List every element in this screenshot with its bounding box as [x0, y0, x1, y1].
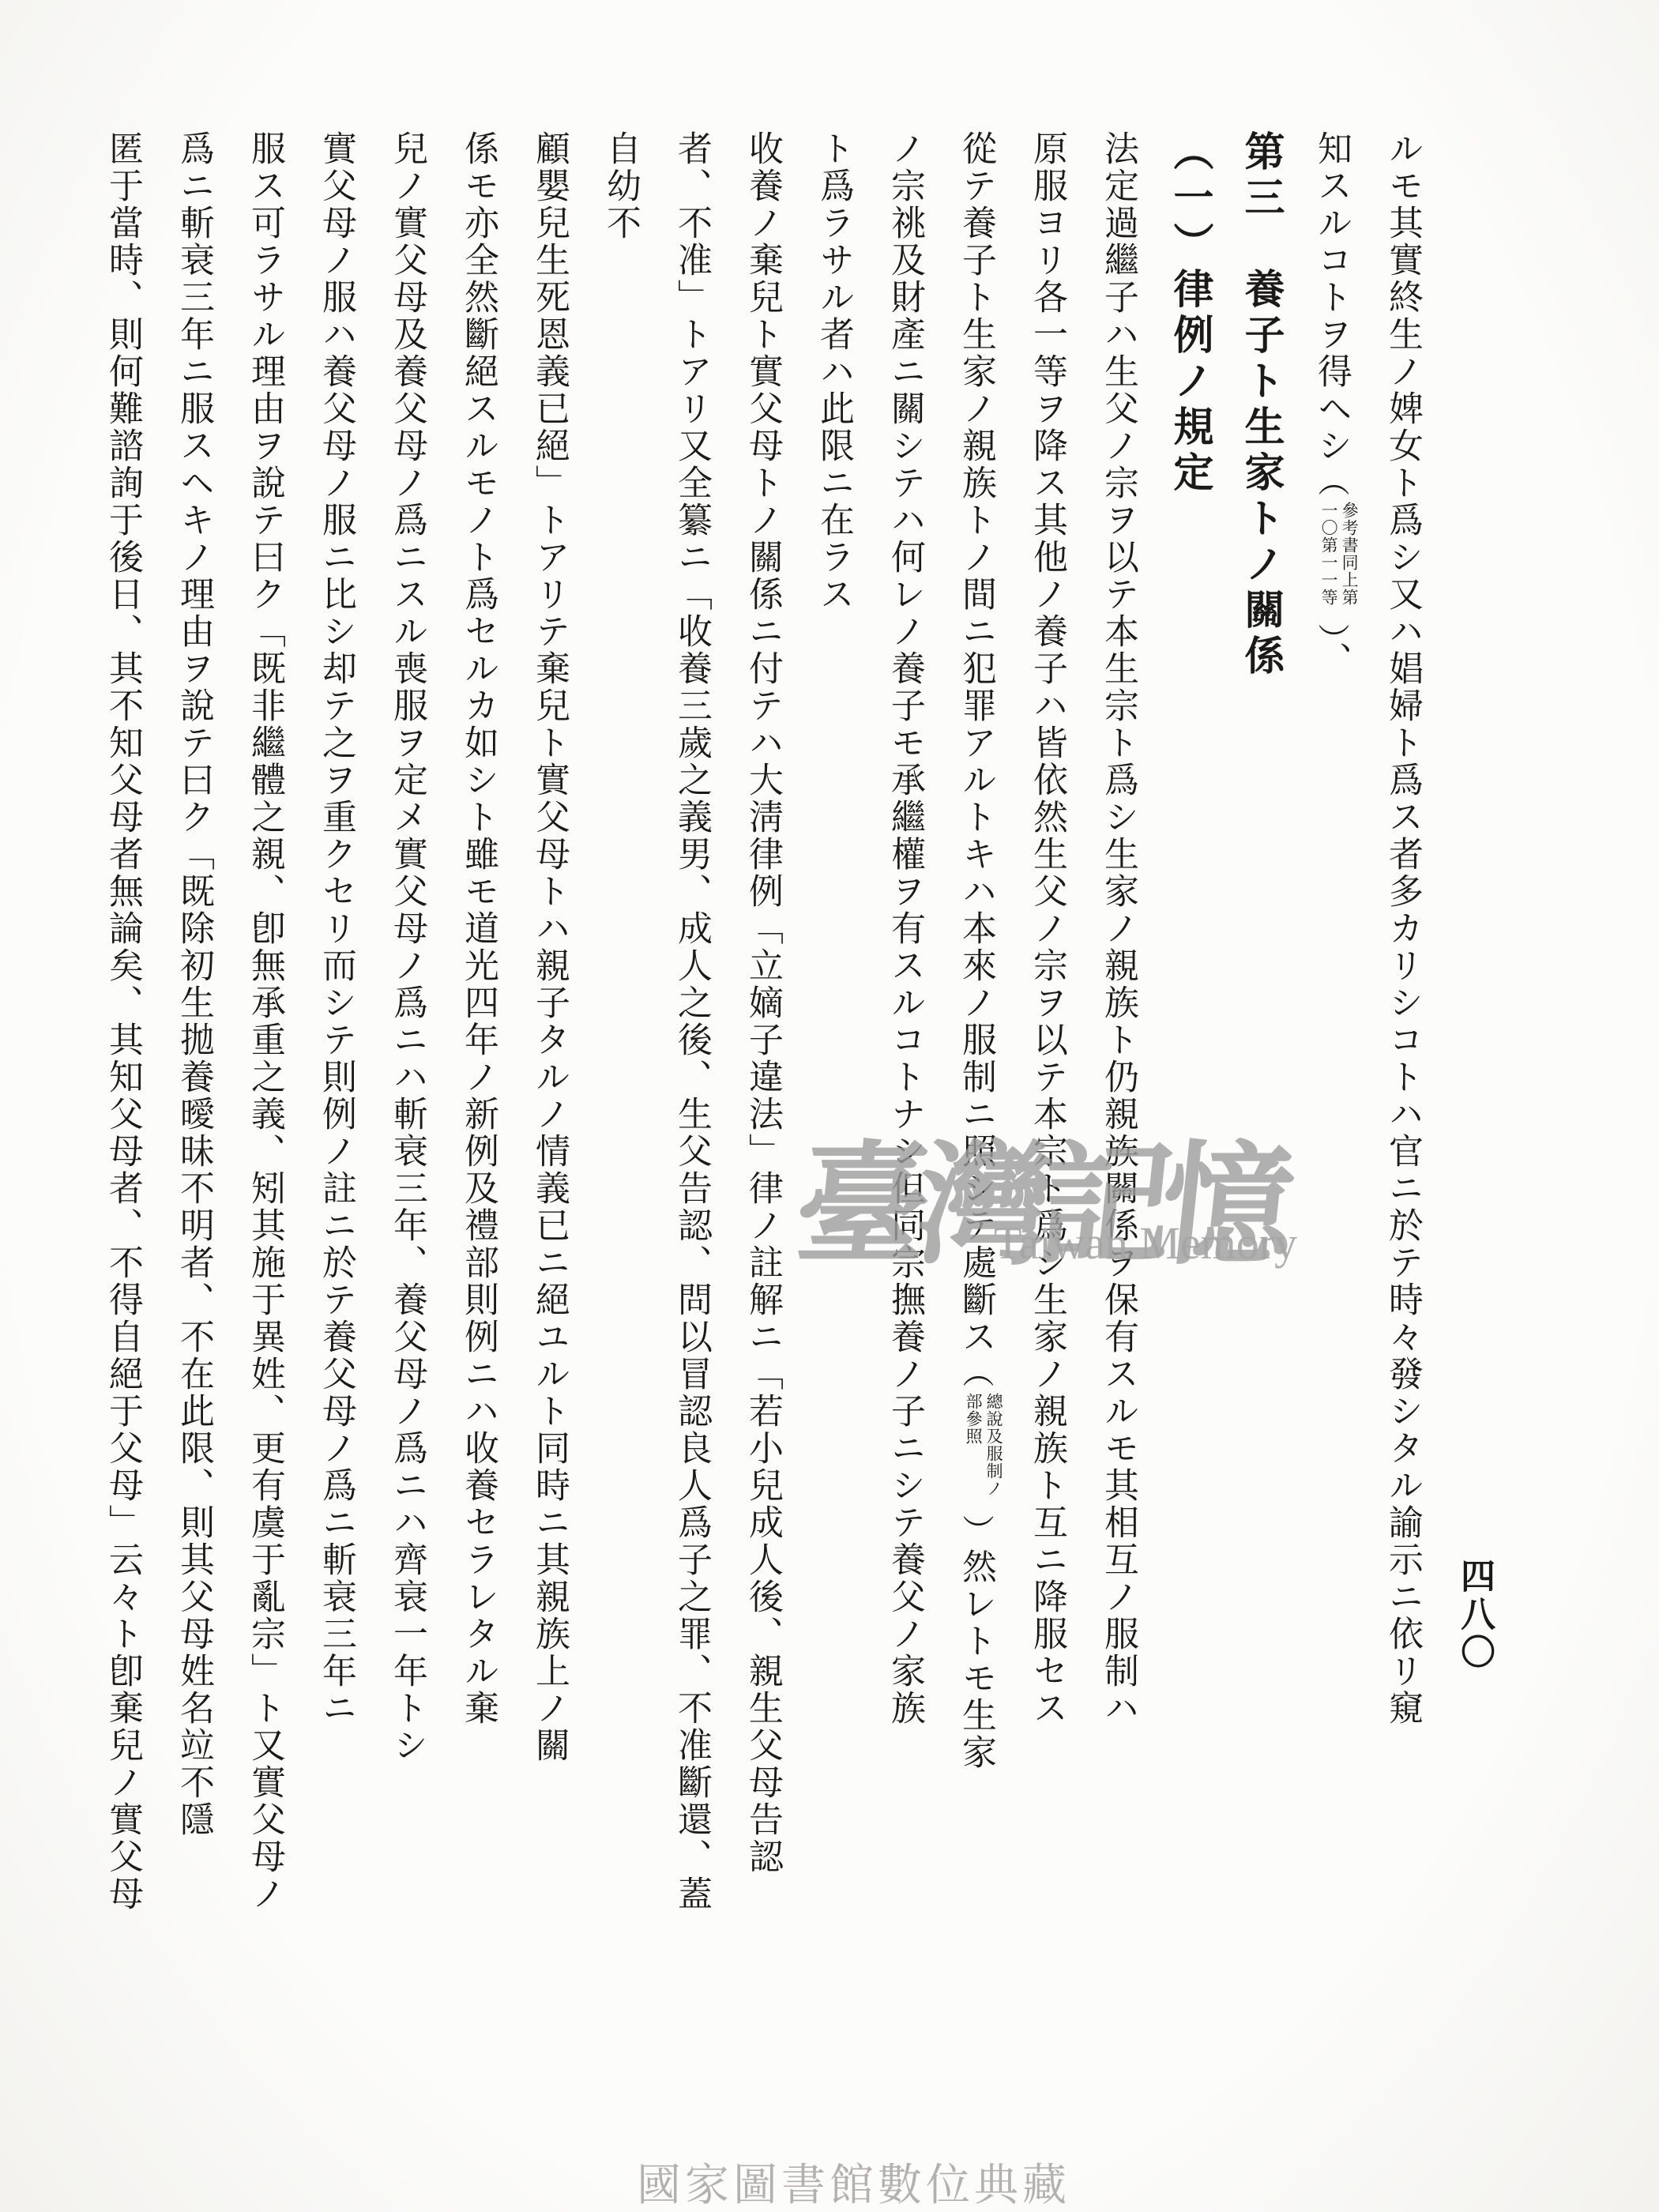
- column-text: 然レトモ生家: [957, 1548, 995, 1771]
- text-column-14: 兒ノ實父母及養父母ノ爲ニスル喪服ヲ定メ實父母ノ爲ニハ斬衰三年、養父母ノ爲ニハ齊衰…: [371, 130, 442, 1916]
- column-text: 第三 養子ト生家トノ關係: [1238, 130, 1282, 680]
- column-text: 、: [1312, 641, 1351, 679]
- column-text: 顧嬰兒生死恩義已絕」トアリテ棄兒ト實父母トハ親子タルノ情義已ニ絕ユルト同時ニ其親…: [530, 130, 569, 1764]
- column-text: 從テ養子ト生家ノ親族トノ間ニ犯罪アルトキハ本來ノ服制ニ照シテ處斷ス: [957, 130, 995, 1356]
- scanned-page: ルモ其實終生ノ婢女ト爲シ又ハ娼婦ト爲ス者多カリシコトハ官ニ於テ時々發シタル諭示ニ…: [0, 0, 1659, 2212]
- vertical-text-block: ルモ其實終生ノ婢女ト爲シ又ハ娼婦ト爲ス者多カリシコトハ官ニ於テ時々發シタル諭示ニ…: [156, 130, 1438, 1916]
- text-column-4: （一）律例ノ規定: [1153, 130, 1224, 1916]
- annotation-close-paren: ）: [958, 1514, 994, 1548]
- column-text: 法定過繼子ハ生父ノ宗ヲ以テ本生宗ト爲シ生家ノ親族ト仍親族關係ヲ保有スルモ其相互ノ…: [1099, 130, 1138, 1727]
- column-text: 係モ亦全然斷絕スルモノト爲セルカ如シト雖モ道光四年ノ新例及禮部則例ニハ收養セラレ…: [459, 130, 498, 1727]
- column-text: 服ス可ラサル理由ヲ說テ曰ク「既非繼體之親、卽無承重之義、矧其施于異姓、更有虞于亂…: [246, 130, 284, 1913]
- text-column-7: 從テ養子ト生家ノ親族トノ間ニ犯罪アルトキハ本來ノ服制ニ照シテ處斷ス（總說及服制ノ…: [940, 130, 1011, 1916]
- text-column-16: 服ス可ラサル理由ヲ說テ曰ク「既非繼體之親、卽無承重之義、矧其施于異姓、更有虞于亂…: [229, 130, 300, 1916]
- column-text: 收養ノ棄兒ト實父母トノ關係ニ付テハ大淸律例「立嫡子違法」律ノ註解ニ「若小兒成人後…: [743, 130, 782, 1875]
- column-text: 實父母ノ服ハ養父母ノ服ニ比シ却テ之ヲ重クセリ而シテ則例ノ註ニ於テ養父母ノ爲ニ斬衰…: [317, 130, 355, 1727]
- column-text: ノ宗祧及財產ニ關シテハ何レノ養子モ承繼權ヲ有スルコトナシ但同宗撫養ノ子ニシテ養父…: [886, 130, 924, 1727]
- text-column-2: 知スルコトヲ得ヘシ（參考書同上第一〇第一一等）、: [1296, 130, 1367, 1916]
- text-column-13: 係モ亦全然斷絕スルモノト爲セルカ如シト雖モ道光四年ノ新例及禮部則例ニハ收養セラレ…: [442, 130, 513, 1916]
- annotation-open-paren: （: [1314, 465, 1349, 498]
- text-column-18: 匿于當時、則何難諮詢于後日、其不知父母者無論矣、其知父母者、不得自絕于父母」云々…: [87, 130, 158, 1916]
- text-column-17: 爲ニ斬衰三年ニ服スヘキノ理由ヲ說テ曰ク「既除初生拋養曖昧不明者、不在此限、則其父…: [158, 130, 229, 1916]
- text-column-11: 者、不准」トアリ又全纂ニ「收養三歲之義男、成人之後、生父告認、問以冒認良人爲子之…: [585, 130, 727, 1916]
- column-text: 原服ヨリ各一等ヲ降ス其他ノ養子ハ皆依然生父ノ宗ヲ以テ本宗ト爲シ生家ノ親族ト互ニ降…: [1028, 130, 1066, 1727]
- column-text: 匿于當時、則何難諮詢于後日、其不知父母者無論矣、其知父母者、不得自絕于父母」云々…: [103, 130, 142, 1913]
- column-text: 者、不准」トアリ又全纂ニ「收養三歲之義男、成人之後、生父告認、問以冒認良人爲子之…: [601, 130, 711, 1913]
- column-text: 知スルコトヲ得ヘシ: [1312, 130, 1351, 465]
- column-text: 爲ニ斬衰三年ニ服スヘキノ理由ヲ說テ曰ク「既除初生拋養曖昧不明者、不在此限、則其父…: [175, 130, 213, 1838]
- text-column-1: ルモ其實終生ノ婢女ト爲シ又ハ娼婦ト爲ス者多カリシコトハ官ニ於テ時々發シタル諭示ニ…: [1367, 130, 1438, 1916]
- page-number: 四八〇: [1449, 1558, 1499, 1672]
- column-text: （一）律例ノ規定: [1167, 130, 1211, 497]
- text-column-8: ノ宗祧及財產ニ關シテハ何レノ養子モ承繼權ヲ有スルコトナシ但同宗撫養ノ子ニシテ養父…: [869, 130, 940, 1916]
- text-column-9: ト爲ラサル者ハ此限ニ在ラス: [798, 130, 869, 1916]
- text-column-12: 顧嬰兒生死恩義已絕」トアリテ棄兒ト實父母トハ親子タルノ情義已ニ絕ユルト同時ニ其親…: [513, 130, 585, 1916]
- footer-caption: 國家圖書館數位典藏: [637, 2150, 1070, 2212]
- inline-annotation: 參考書同上第一〇第一一等: [1319, 502, 1360, 620]
- column-text: 兒ノ實父母及養父母ノ爲ニスル喪服ヲ定メ實父母ノ爲ニハ斬衰三年、養父母ノ爲ニハ齊衰…: [388, 130, 427, 1764]
- inline-annotation: 總說及服制ノ部參照: [963, 1393, 1004, 1511]
- text-column-5: 法定過繼子ハ生父ノ宗ヲ以テ本生宗ト爲シ生家ノ親族ト仍親族關係ヲ保有スルモ其相互ノ…: [1082, 130, 1153, 1916]
- text-column-10: 收養ノ棄兒ト實父母トノ關係ニ付テハ大淸律例「立嫡子違法」律ノ註解ニ「若小兒成人後…: [727, 130, 798, 1916]
- text-column-6: 原服ヨリ各一等ヲ降ス其他ノ養子ハ皆依然生父ノ宗ヲ以テ本宗ト爲シ生家ノ親族ト互ニ降…: [1011, 130, 1082, 1916]
- column-text: ト爲ラサル者ハ此限ニ在ラス: [814, 130, 853, 613]
- annotation-open-paren: （: [958, 1356, 994, 1390]
- text-column-15: 實父母ノ服ハ養父母ノ服ニ比シ却テ之ヲ重クセリ而シテ則例ノ註ニ於テ養父母ノ爲ニ斬衰…: [300, 130, 371, 1916]
- text-column-3: 第三 養子ト生家トノ關係: [1224, 130, 1296, 1916]
- annotation-close-paren: ）: [1314, 623, 1349, 641]
- column-text: ルモ其實終生ノ婢女ト爲シ又ハ娼婦ト爲ス者多カリシコトハ官ニ於テ時々發シタル諭示ニ…: [1383, 130, 1422, 1727]
